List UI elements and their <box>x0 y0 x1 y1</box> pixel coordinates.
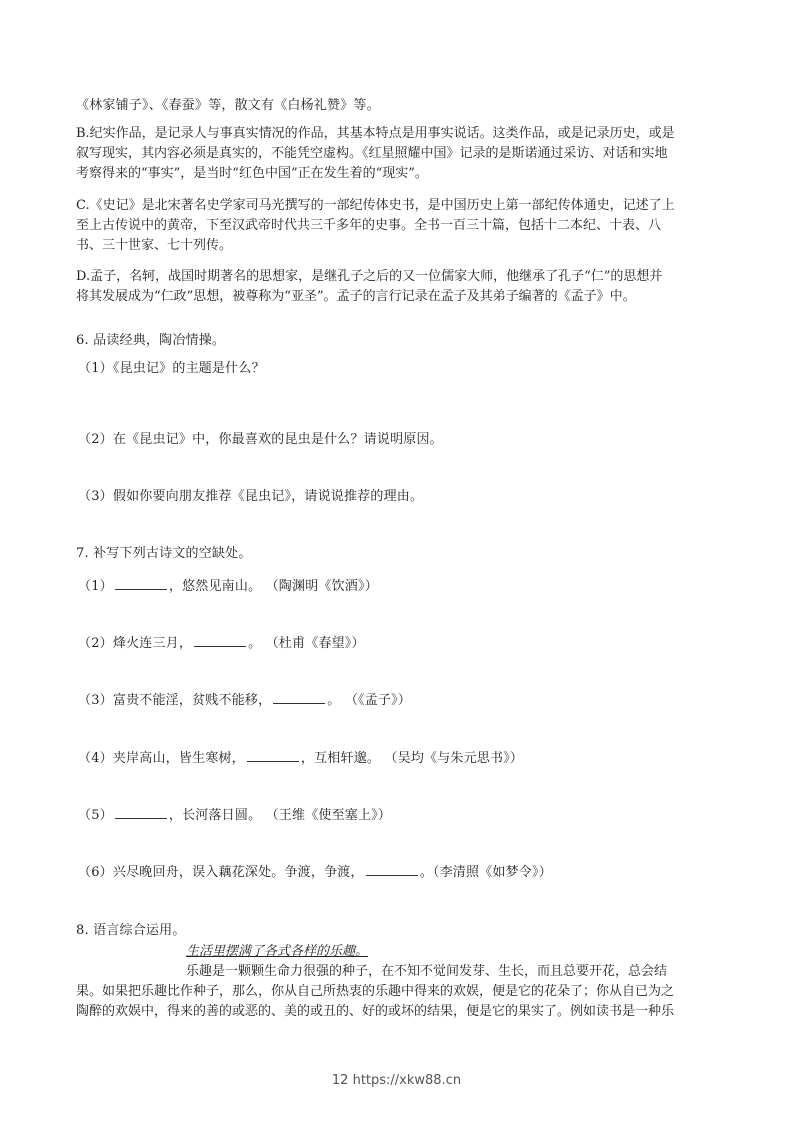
q7-item-after: 。 （《孟子》） <box>327 693 411 708</box>
q6-item-1: （1）《昆虫记》的主题是什么？ <box>78 359 723 379</box>
answer-blank[interactable] <box>115 805 167 819</box>
q7-item-prefix: （3） <box>78 693 113 708</box>
answer-blank[interactable] <box>273 690 325 704</box>
q7-item-after: ，悠然见南山。 （陶渊明《饮酒》） <box>169 579 378 594</box>
answer-blank[interactable] <box>194 633 246 647</box>
option-d-line: 将其发展成为“仁政”思想，被尊称为“亚圣”。孟子的言行记录在孟子及其弟子编著的《… <box>76 287 721 307</box>
q7-item-prefix: （5） <box>78 808 113 823</box>
document-page: 《林家铺子》、《春蚕》等，散文有《白杨礼赞》等。 B.纪实作品，是记录人与事真实… <box>0 0 793 1122</box>
q8-passage-line: 乐趣是一颗颗生命力很强的种子，在不知不觉间发芽、生长，而且总要开花，总会结 <box>76 962 721 982</box>
q7-item-3: （3）富贵不能淫，贫贱不能移，。 （《孟子》） <box>78 690 723 711</box>
option-d-line: D.孟子，名轲，战国时期著名的思想家，是继孔子之后的又一位儒家大师，他继承了孔子… <box>76 267 721 287</box>
q6-item-2: （2）在《昆虫记》中，你最喜欢的昆虫是什么？请说明原因。 <box>78 430 723 450</box>
option-d: D.孟子，名轲，战国时期著名的思想家，是继孔子之后的又一位儒家大师，他继承了孔子… <box>76 267 721 307</box>
q7-item-after: ，长河落日圆。 （王维《使至塞上》） <box>169 808 391 823</box>
q7-item-before: 夹岸高山，皆生寒树， <box>113 751 245 766</box>
q7-item-prefix: （1） <box>78 579 113 594</box>
q7-item-4: （4）夹岸高山，皆生寒树，，互相轩邈。 （吴均《与朱元思书》） <box>78 748 723 769</box>
q7-item-1: （1），悠然见南山。 （陶渊明《饮酒》） <box>78 576 723 597</box>
option-b-line: B.纪实作品，是记录人与事真实情况的作品，其基本特点是用事实说话。这类作品，或是… <box>76 124 721 144</box>
q7-item-before: 富贵不能淫，贫贱不能移， <box>113 693 271 708</box>
q7-item-6: （6）兴尽晚回舟，误入藕花深处。争渡，争渡，。（李清照《如梦令》） <box>78 862 723 883</box>
answer-blank[interactable] <box>115 576 167 590</box>
q7-title: 7. 补写下列古诗文的空缺处。 <box>76 544 721 564</box>
q8-passage-line: 陶醉的欢娱中，得来的善的或恶的、美的或丑的、好的或坏的结果，便是它的果实了。例如… <box>76 1002 721 1022</box>
answer-blank[interactable] <box>247 748 299 762</box>
q7-item-prefix: （6） <box>78 865 113 880</box>
option-c-line: 至上古传说中的黄帝，下至汉武帝时代共三千多年的史事。全书一百三十篇，包括十二本纪… <box>76 216 721 236</box>
q7-item-before: 兴尽晚回舟，误入藕花深处。争渡，争渡， <box>113 865 364 880</box>
q7-item-after: ，互相轩邈。 （吴均《与朱元思书》） <box>301 751 523 766</box>
q8-passage-line: 果。如果把乐趣比作种子，那么，你从自己所热衷的乐趣中得来的欢娱，便是它的花朵了；… <box>76 982 721 1002</box>
answer-blank[interactable] <box>366 862 418 876</box>
q7-item-after: 。（李清照《如梦令》） <box>420 865 552 880</box>
option-c-line: C.《史记》是北宋著名史学家司马光撰写的一部纪传体史书，是中国历史上第一部纪传体… <box>76 196 721 216</box>
q7-item-5: （5），长河落日圆。 （王维《使至塞上》） <box>78 805 723 826</box>
continuation-line: 《林家铺子》、《春蚕》等，散文有《白杨礼赞》等。 <box>76 96 721 116</box>
option-b: B.纪实作品，是记录人与事真实情况的作品，其基本特点是用事实说话。这类作品，或是… <box>76 124 721 184</box>
option-b-line: 叙写现实，其内容必须是真实的，不能凭空虚构。《红星照耀中国》记录的是斯诺通过采访… <box>76 144 721 164</box>
q8-title: 8. 语言综合运用。 <box>76 921 721 941</box>
q7-item-after: 。 （杜甫《春望》） <box>248 636 365 651</box>
q6-title: 6. 品读经典，陶冶情操。 <box>76 331 721 351</box>
q7-item-prefix: （4） <box>78 751 113 766</box>
option-c: C.《史记》是北宋著名史学家司马光撰写的一部纪传体史书，是中国历史上第一部纪传体… <box>76 196 721 256</box>
page-footer: 12 https://xkw88.cn <box>0 1073 793 1088</box>
option-c-line: 书、三十世家、七十列传。 <box>76 236 721 256</box>
q6-item-3: （3）假如你要向朋友推荐《昆虫记》，请说说推荐的理由。 <box>78 487 723 507</box>
q7-item-prefix: （2） <box>78 636 113 651</box>
q7-item-2: （2）烽火连三月，。 （杜甫《春望》） <box>78 633 723 654</box>
q8-passage: 乐趣是一颗颗生命力很强的种子，在不知不觉间发芽、生长，而且总要开花，总会结 果。… <box>76 962 721 1022</box>
q7-item-before: 烽火连三月， <box>113 636 192 651</box>
q8-passage-title: 生活里摆满了各式各样的乐趣。 <box>186 942 368 962</box>
option-b-line: 考察得来的“事实”，是当时“红色中国”正在发生着的“现实”。 <box>76 164 721 184</box>
